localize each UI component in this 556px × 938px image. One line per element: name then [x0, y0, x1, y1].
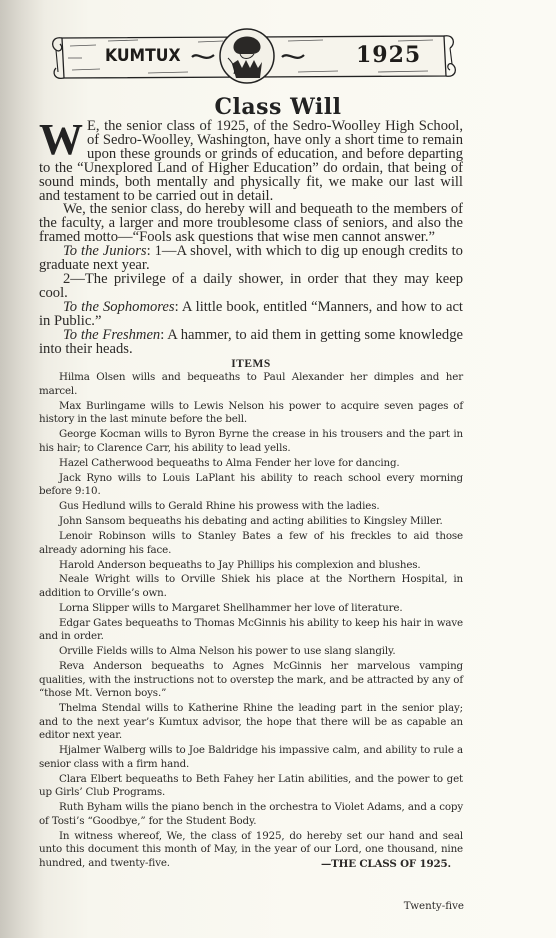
list-item: John Sansom bequeaths his debating and a…	[39, 515, 463, 529]
list-item: Thelma Stendal wills to Katherine Rhine …	[39, 702, 463, 743]
juniors-second-paragraph: 2—The privilege of a daily shower, in or…	[39, 273, 463, 301]
document-body: WE, the senior class of 1925, of the Sed…	[39, 120, 463, 872]
sophomores-paragraph: To the Sophomores: A little book, entitl…	[39, 301, 463, 329]
list-item: Clara Elbert bequeaths to Beth Fahey her…	[39, 773, 463, 800]
list-item: Reva Anderson bequeaths to Agnes McGinni…	[39, 660, 463, 701]
list-item: Neale Wright wills to Orville Shiek his …	[39, 573, 463, 600]
juniors-paragraph: To the Juniors: 1—A shovel, with which t…	[39, 245, 463, 273]
page-number: Twenty-five	[400, 900, 464, 912]
opening-paragraph: WE, the senior class of 1925, of the Sed…	[39, 120, 463, 203]
list-item: George Kocman wills to Byron Byrne the c…	[39, 428, 463, 455]
freshmen-paragraph: To the Freshmen: A hammer, to aid them i…	[39, 329, 463, 357]
list-item: Edgar Gates bequeaths to Thomas McGinnis…	[39, 617, 463, 644]
items-list: Hilma Olsen wills and bequeaths to Paul …	[39, 371, 463, 871]
banner-title: KUMTUX	[105, 46, 181, 66]
page-title: Class Will	[0, 94, 556, 120]
list-item: Gus Hedlund wills to Gerald Rhine his pr…	[39, 500, 463, 514]
drop-cap: W	[39, 122, 83, 158]
kumtux-banner: KUMTUX 1925	[48, 28, 458, 84]
list-item: Orville Fields wills to Alma Nelson his …	[39, 645, 463, 659]
faculty-paragraph: We, the senior class, do hereby will and…	[39, 203, 463, 245]
list-item: Harold Anderson bequeaths to Jay Phillip…	[39, 559, 463, 573]
list-item: Max Burlingame wills to Lewis Nelson his…	[39, 400, 463, 427]
list-item: Hjalmer Walberg wills to Joe Baldridge h…	[39, 744, 463, 771]
list-item: Hazel Catherwood bequeaths to Alma Fende…	[39, 457, 463, 471]
list-item: Lenoir Robinson wills to Stanley Bates a…	[39, 530, 463, 557]
items-heading: ITEMS	[39, 358, 463, 371]
list-item: Hilma Olsen wills and bequeaths to Paul …	[39, 371, 463, 398]
intro-section: WE, the senior class of 1925, of the Sed…	[39, 120, 463, 356]
list-item: Jack Ryno wills to Louis LaPlant his abi…	[39, 472, 463, 499]
list-item: Lorna Slipper wills to Margaret Shellham…	[39, 602, 463, 616]
banner-year: 1925	[356, 42, 421, 68]
list-item: Ruth Byham wills the piano bench in the …	[39, 801, 463, 828]
